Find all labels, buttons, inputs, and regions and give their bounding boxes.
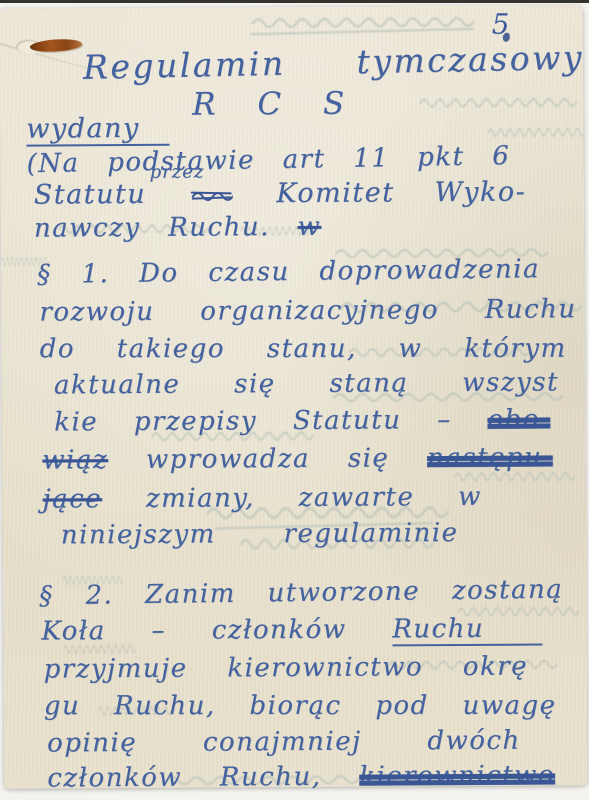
strikethrough-text: następu- [427,442,553,473]
handwritten-text: zmiany, zawarte w [146,482,482,514]
strikethrough-text: w [297,212,321,242]
handwritten-text: wprowadza się [146,443,390,474]
strikethrough-text: kierownictwo [359,760,555,791]
inserted-word-above-line: przez [150,162,205,183]
handwritten-text: Koła – członków [41,615,346,647]
handwritten-line-wydany: wydany [26,113,170,145]
handwritten-line: gu Ruchu, biorąc pod uwagę [44,691,557,721]
strikethrough-text: wiąz [42,445,108,475]
handwritten-text: nawczy Ruchu. [34,212,270,243]
handwritten-line: niniejszym regulaminie [61,518,459,550]
handwritten-text: Komitet Wyko- [276,177,526,210]
handwritten-line: członków Ruchu, kierownictwo [47,760,555,793]
scribbled-out-word [190,186,232,202]
handwritten-line: opinię conajmniej dwóch [47,726,521,759]
paper-sheet: 5 Regulamin tymczasowy R C S wydany (Na … [0,5,587,789]
scanner-edge [0,0,589,3]
handwritten-line: rozwoju organizacyjnego Ruchu [39,294,576,327]
handwritten-line: przyjmuje kierownictwo okrę [44,652,529,685]
handwritten-text: Statutu [34,179,147,211]
scanned-document: 5 Regulamin tymczasowy R C S wydany (Na … [0,0,589,800]
handwritten-line: do takiego stanu, w którym [40,334,567,364]
handwritten-line: wiąz wprowadza się następu- [42,442,552,475]
handwritten-line: Statutu przez Komitet Wyko- [34,177,527,211]
handwritten-line: aktualne się staną wszyst [54,367,559,400]
handwritten-text: członków Ruchu, [47,762,321,794]
handwritten-line: nawczy Ruchu. w [34,212,322,244]
handwritten-line: kie przepisy Statutu – obo- [54,404,550,437]
handwritten-line: jące zmiany, zawarte w [43,482,482,515]
underlined-word: wydany [26,113,170,147]
handwritten-line: Koła – członków Ruchu [41,613,542,646]
strikethrough-text: obo- [487,404,550,434]
handwritten-line-paragraph1: § 1. Do czasu doprowadzenia [37,254,540,290]
strikethrough-text: jące [43,484,103,514]
underlined-word: Ruchu [392,613,542,646]
handwritten-text: kie przepisy Statutu – [54,405,452,437]
document-subtitle: R C S [192,86,348,123]
